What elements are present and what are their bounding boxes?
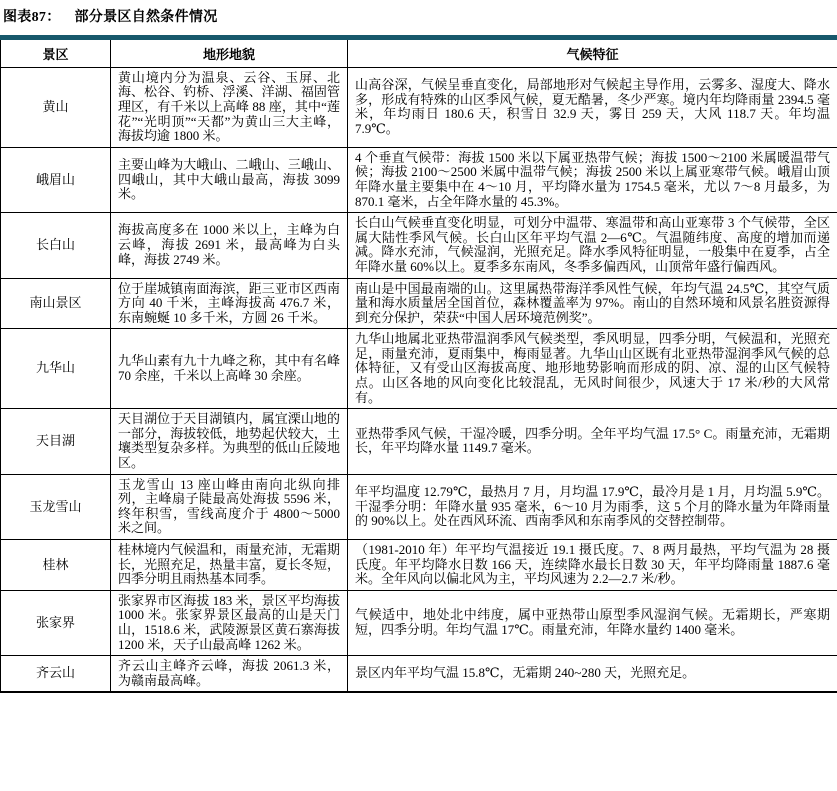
terrain-cell: 主要山峰为大峨山、二峨山、三峨山、四峨山，其中大峨山最高，海拔 3099 米。 <box>111 147 348 212</box>
table-row-yulongxueshan: 玉龙雪山 玉龙雪山 13 座山峰由南向北纵向排列，主峰扇子陡最高处海拔 5596… <box>1 474 837 539</box>
scenic-area-conditions-table: 景区 地形地貌 气候特征 黄山 黄山境内分为温泉、云谷、玉屏、北海、松谷、钓桥、… <box>0 40 837 694</box>
scenic-area-name: 玉龙雪山 <box>1 474 111 539</box>
climate-cell: （1981-2010 年）年平均气温接近 19.1 摄氏度。7、8 两月最热，平… <box>348 540 837 591</box>
terrain-cell: 桂林境内气候温和，雨量充沛，无霜期长，光照充足，热量丰富，夏长冬短，四季分明且雨… <box>111 540 348 591</box>
climate-cell: 南山是中国最南端的山。这里属热带海洋季风性气候，年均气温 24.5℃，其空气质量… <box>348 278 837 329</box>
terrain-cell: 齐云山主峰齐云峰，海拔 2061.3 米，为赣南最高峰。 <box>111 656 348 693</box>
scenic-area-name: 长白山 <box>1 213 111 278</box>
climate-cell: 4 个垂直气候带：海拔 1500 米以下属亚热带气候；海拔 1500～2100 … <box>348 147 837 212</box>
table-row-emeishan: 峨眉山 主要山峰为大峨山、二峨山、三峨山、四峨山，其中大峨山最高，海拔 3099… <box>1 147 837 212</box>
scenic-area-name: 天目湖 <box>1 409 111 474</box>
column-header-climate: 气候特征 <box>348 40 837 68</box>
climate-cell: 年平均温度 12.79℃，最热月 7 月，月均温 17.9℃，最冷月是 1 月，… <box>348 474 837 539</box>
scenic-area-name: 齐云山 <box>1 656 111 693</box>
terrain-cell: 位于崖城镇南面海滨，距三亚市区西南方向 40 千米，主峰海拔高 476.7 米，… <box>111 278 348 329</box>
table-row-zhangjiajie: 张家界 张家界市区海拔 183 米，景区平均海拔 1000 米。张家界景区最高的… <box>1 590 837 655</box>
scenic-area-name: 九华山 <box>1 329 111 409</box>
terrain-cell: 黄山境内分为温泉、云谷、玉屏、北海、松谷、钓桥、浮溪、洋湖、福固管理区，有千米以… <box>111 67 348 147</box>
figure-container: 图表87：部分景区自然条件情况 景区 地形地貌 气候特征 黄山 黄山境内分为温泉… <box>0 0 837 693</box>
scenic-area-name: 张家界 <box>1 590 111 655</box>
terrain-cell: 海拔高度多在 1000 米以上，主峰为白云峰，海拔 2691 米，最高峰为白头峰… <box>111 213 348 278</box>
figure-label: 图表87： <box>3 10 61 25</box>
climate-cell: 景区内年平均气温 15.8℃，无霜期 240~280 天，光照充足。 <box>348 656 837 693</box>
scenic-area-name: 桂林 <box>1 540 111 591</box>
figure-caption: 部分景区自然条件情况 <box>75 10 218 25</box>
terrain-cell: 张家界市区海拔 183 米，景区平均海拔 1000 米。张家界景区最高的山是天门… <box>111 590 348 655</box>
figure-title: 图表87：部分景区自然条件情况 <box>0 0 837 35</box>
column-header-terrain: 地形地貌 <box>111 40 348 68</box>
scenic-area-name: 南山景区 <box>1 278 111 329</box>
table-row-tianmuhu: 天目湖 天目湖位于天目湖镇内，属宜溧山地的一部分，海拔较低，地势起伏较大，土壤类… <box>1 409 837 474</box>
table-row-qiyunshan: 齐云山 齐云山主峰齐云峰，海拔 2061.3 米，为赣南最高峰。 景区内年平均气… <box>1 656 837 693</box>
table-row-changbaishan: 长白山 海拔高度多在 1000 米以上，主峰为白云峰，海拔 2691 米，最高峰… <box>1 213 837 278</box>
climate-cell: 亚热带季风气候，干湿冷暖，四季分明。全年平均气温 17.5° C。雨量充沛，无霜… <box>348 409 837 474</box>
table-row-jiuhuashan: 九华山 九华山素有九十九峰之称，其中有名峰 70 余座，千米以上高峰 30 余座… <box>1 329 837 409</box>
scenic-area-name: 峨眉山 <box>1 147 111 212</box>
scenic-area-name: 黄山 <box>1 67 111 147</box>
climate-cell: 长白山气候垂直变化明显，可划分中温带、寒温带和高山亚寒带 3 个气候带，全区属大… <box>348 213 837 278</box>
table-header-row: 景区 地形地貌 气候特征 <box>1 40 837 68</box>
climate-cell: 气候适中，地处北中纬度，属中亚热带山原型季风湿润气候。无霜期长，严寒期短，四季分… <box>348 590 837 655</box>
column-header-scenic-area: 景区 <box>1 40 111 68</box>
climate-cell: 九华山地属北亚热带温润季风气候类型，季风明显，四季分明，气候温和，光照充足，雨量… <box>348 329 837 409</box>
table-row-huangshan: 黄山 黄山境内分为温泉、云谷、玉屏、北海、松谷、钓桥、浮溪、洋湖、福固管理区，有… <box>1 67 837 147</box>
terrain-cell: 天目湖位于天目湖镇内，属宜溧山地的一部分，海拔较低，地势起伏较大，土壤类型复杂多… <box>111 409 348 474</box>
climate-cell: 山高谷深，气候呈垂直变化，局部地形对气候起主导作用，云雾多、湿度大、降水多，形成… <box>348 67 837 147</box>
terrain-cell: 九华山素有九十九峰之称，其中有名峰 70 余座，千米以上高峰 30 余座。 <box>111 329 348 409</box>
terrain-cell: 玉龙雪山 13 座山峰由南向北纵向排列，主峰扇子陡最高处海拔 5596 米，终年… <box>111 474 348 539</box>
table-row-guilin: 桂林 桂林境内气候温和，雨量充沛，无霜期长，光照充足，热量丰富，夏长冬短，四季分… <box>1 540 837 591</box>
table-row-nanshan: 南山景区 位于崖城镇南面海滨，距三亚市区西南方向 40 千米，主峰海拔高 476… <box>1 278 837 329</box>
